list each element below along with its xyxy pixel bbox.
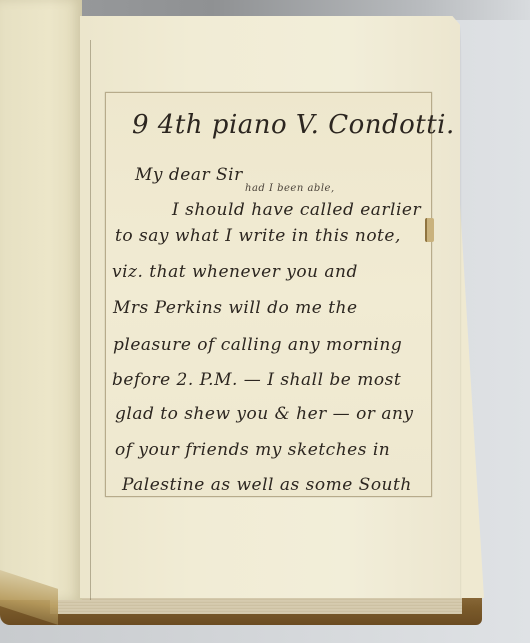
handwritten-letter [105, 92, 432, 497]
letter-line: Palestine as well as some South [122, 475, 412, 495]
letter-line: to say what I write in this note, [115, 226, 401, 246]
page-block-edge [50, 597, 462, 614]
letter-line: Mrs Perkins will do me the [113, 298, 358, 318]
letter-line: glad to shew you & her — or any [115, 404, 414, 424]
paper-tab [425, 218, 434, 242]
letter-salutation: My dear Sir [135, 165, 243, 185]
letter-line: before 2. P.M. — I shall be most [112, 370, 401, 390]
letter-line: pleasure of calling any morning [113, 335, 402, 355]
letter-line: viz. that whenever you and [112, 262, 358, 282]
gutter-fold [90, 40, 91, 600]
letter-address: 9 4th piano V. Condotti. [132, 110, 455, 140]
letter-line: I should have called earlier [172, 200, 421, 220]
letter-insertion: had I been able, [245, 183, 335, 194]
left-endpaper [0, 0, 82, 600]
letter-line: of your friends my sketches in [115, 440, 390, 460]
